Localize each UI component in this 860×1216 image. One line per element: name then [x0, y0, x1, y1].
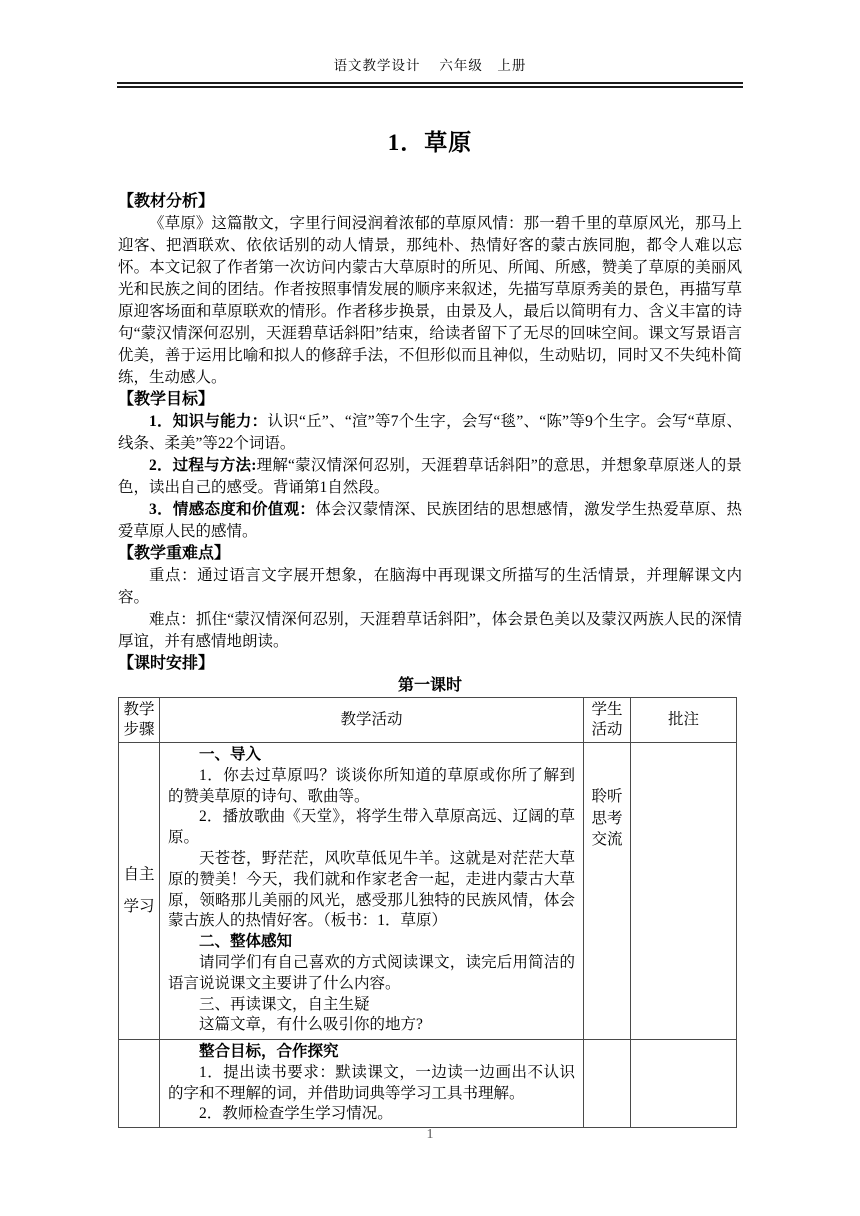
- activity-paragraph: 1．提出读书要求：默读课文，一边读一边画出不认识的字和不理解的词，并借助词典等学…: [168, 1063, 575, 1105]
- teaching-step-cell: 自主 学习: [119, 743, 160, 1040]
- teaching-step-cell: [119, 1040, 160, 1128]
- step-line: 学习: [119, 897, 159, 917]
- section-heading-material-analysis: 【教材分析】: [118, 191, 742, 213]
- activity-paragraph: 2．教师检查学生学习情况。: [168, 1104, 575, 1125]
- notes-cell: [631, 743, 737, 1040]
- student-activity-cell: 聆听 思考 交流: [584, 743, 631, 1040]
- key-point-focus: 重点：通过语言文字展开想象，在脑海中再现课文所描写的生活情景，并理解课文内容。: [118, 565, 742, 609]
- running-header: 语文教学设计 六年级 上册: [0, 0, 860, 75]
- header-double-rule: [117, 82, 743, 88]
- section-heading-key-points: 【教学重难点】: [118, 543, 742, 565]
- objective-item: 2．过程与方法:理解“蒙汉情深何忍别，天涯碧草话斜阳”的意思，并想象草原迷人的景…: [118, 455, 742, 499]
- objective-item: 1．知识与能力：认识“丘”、“渲”等7个生字，会写“毯”、“陈”等9个生字。会写…: [118, 411, 742, 455]
- session-title: 第一课时: [118, 675, 742, 697]
- step-line: 自主: [119, 865, 159, 885]
- table-row: 自主 学习 一、导入 1．你去过草原吗？谈谈你所知道的草原或你所了解到的赞美草原…: [119, 743, 737, 1040]
- document-page: 语文教学设计 六年级 上册 1．草原 【教材分析】 《草原》这篇散文，字里行间浸…: [0, 0, 860, 1128]
- objective-label: 2．过程与方法:: [149, 457, 256, 474]
- section-heading-schedule: 【课时安排】: [118, 653, 742, 675]
- student-activity-line: 聆听: [584, 786, 630, 808]
- column-header-notes: 批注: [631, 698, 737, 743]
- objective-label: 1．知识与能力：: [149, 413, 267, 430]
- objective-item: 3．情感态度和价值观：体会汉蒙情深、民族团结的思想感情，激发学生热爱草原、热爱草…: [118, 499, 742, 543]
- activity-paragraph: 请同学们有自己喜欢的方式阅读课文，读完后用简洁的语言说说课文主要讲了什么内容。: [168, 953, 575, 995]
- teaching-activity-cell: 一、导入 1．你去过草原吗？谈谈你所知道的草原或你所了解到的赞美草原的诗句、歌曲…: [160, 743, 584, 1040]
- document-title: 1．草原: [0, 128, 860, 158]
- student-activity-cell: [584, 1040, 631, 1128]
- activity-paragraph: 2．播放歌曲《天堂》，将学生带入草原高远、辽阔的草原。: [168, 807, 575, 849]
- table-row: 整合目标，合作探究 1．提出读书要求：默读课文，一边读一边画出不认识的字和不理解…: [119, 1040, 737, 1128]
- student-activity-line: 思考: [584, 808, 630, 830]
- activity-paragraph: 一、导入: [168, 745, 575, 766]
- key-point-difficulty: 难点：抓住“蒙汉情深何忍别，天涯碧草话斜阳”，体会景色美以及蒙汉两族人民的深情厚…: [118, 609, 742, 653]
- objective-label: 3．情感态度和价值观：: [149, 501, 315, 518]
- page-number: 1: [0, 1127, 860, 1143]
- activity-paragraph: 1．你去过草原吗？谈谈你所知道的草原或你所了解到的赞美草原的诗句、歌曲等。: [168, 766, 575, 808]
- section-heading-objectives: 【教学目标】: [118, 389, 742, 411]
- activity-paragraph: 这篇文章，有什么吸引你的地方?: [168, 1015, 575, 1036]
- activity-paragraph: 二、整体感知: [168, 932, 575, 953]
- teaching-activity-cell: 整合目标，合作探究 1．提出读书要求：默读课文，一边读一边画出不认识的字和不理解…: [160, 1040, 584, 1128]
- activity-paragraph: 三、再读课文，自主生疑: [168, 995, 575, 1016]
- table-header-row: 教学步骤 教学活动 学生活动 批注: [119, 698, 737, 743]
- activity-paragraph: 天苍苍，野茫茫，风吹草低见牛羊。这就是对茫茫大草原的赞美！今天，我们就和作家老舍…: [168, 849, 575, 932]
- column-header-steps: 教学步骤: [119, 698, 160, 743]
- material-analysis-paragraph: 《草原》这篇散文，字里行间浸润着浓郁的草原风情：那一碧千里的草原风光，那马上迎客…: [118, 213, 742, 389]
- column-header-student: 学生活动: [584, 698, 631, 743]
- student-activity-line: 交流: [584, 829, 630, 851]
- document-body: 【教材分析】 《草原》这篇散文，字里行间浸润着浓郁的草原风情：那一碧千里的草原风…: [118, 191, 742, 1128]
- activity-paragraph: 整合目标，合作探究: [168, 1042, 575, 1063]
- notes-cell: [631, 1040, 737, 1128]
- lesson-plan-table: 教学步骤 教学活动 学生活动 批注 自主 学习 一、导入 1．你去过草原吗？谈谈…: [118, 697, 737, 1128]
- column-header-activities: 教学活动: [160, 698, 584, 743]
